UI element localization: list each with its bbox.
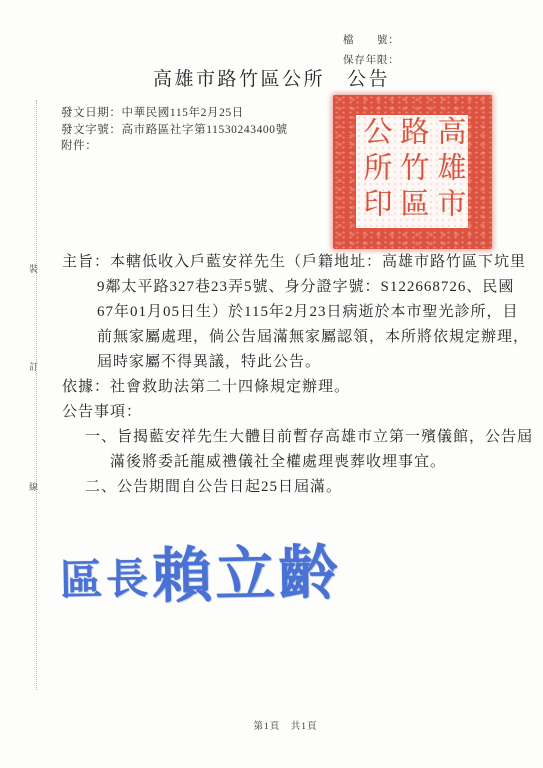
page-footer: 第1頁 共1頁 xyxy=(14,718,543,732)
binding-mark-ding: 訂 xyxy=(29,360,38,373)
attachment-line: 附件： xyxy=(61,138,288,155)
official-seal-text: 高雄市路竹區公所印 xyxy=(357,116,468,228)
document-meta: 發文日期：中華民國115年2月25日 發文字號：高市路區社字第115302434… xyxy=(61,105,288,155)
issue-date-line: 發文日期：中華民國115年2月25日 xyxy=(61,105,288,122)
file-number-label: 檔 號： xyxy=(343,31,400,51)
page-title: 高雄市路竹區公所公告 xyxy=(0,64,543,91)
binding-mark-zhuang: 裝 xyxy=(29,262,38,275)
body-line: 屆時家屬不得異議，特此公告。 xyxy=(97,350,522,375)
binding-line xyxy=(36,100,37,690)
official-seal: 高雄市路竹區公所印 xyxy=(333,95,492,249)
signature-name: 賴立齡 xyxy=(151,526,341,615)
signature-stamp: 區長 賴立齡 xyxy=(59,526,341,617)
doc-number-line: 發文字號：高市路區社字第11530243400號 xyxy=(61,122,288,139)
official-seal-inner: 高雄市路竹區公所印 xyxy=(356,115,468,228)
body-line: 67年01月05日生）於115年2月23日病逝於本市聖光診所，目 xyxy=(97,300,522,325)
body-line: 主旨：本轄低收入戶藍安祥先生（戶籍地址：高雄市路竹區下坑里 xyxy=(62,250,522,275)
binding-mark-xian: 線 xyxy=(29,480,38,493)
body-line: 公告事項： xyxy=(62,400,522,425)
body-text: 主旨：本轄低收入戶藍安祥先生（戶籍地址：高雄市路竹區下坑里 9鄰太平路327巷2… xyxy=(62,250,522,500)
announcement-page: 檔 號： 保存年限： 高雄市路竹區公所公告 發文日期：中華民國115年2月25日… xyxy=(0,0,543,768)
body-line: 二、公告期間自公告日起25日屆滿。 xyxy=(85,475,522,500)
org-name: 高雄市路竹區公所 xyxy=(153,69,325,90)
signature-title: 區長 xyxy=(60,546,153,617)
body-line: 依據：社會救助法第二十四條規定辦理。 xyxy=(62,375,522,400)
body-line: 滿後將委託龍威禮儀社全權處理喪葬收埋事宜。 xyxy=(110,450,522,475)
page-number: 第1頁 共1頁 xyxy=(253,722,317,732)
body-line: 一、旨揭藍安祥先生大體目前暫存高雄市立第一殯儀館，公告屆 xyxy=(85,425,522,450)
body-line: 9鄰太平路327巷23弄5號、身分證字號：S122668726、民國 xyxy=(97,275,522,300)
doc-type: 公告 xyxy=(347,69,390,90)
body-line: 前無家屬處理，倘公告屆滿無家屬認領，本所將依規定辦理， xyxy=(97,325,522,350)
